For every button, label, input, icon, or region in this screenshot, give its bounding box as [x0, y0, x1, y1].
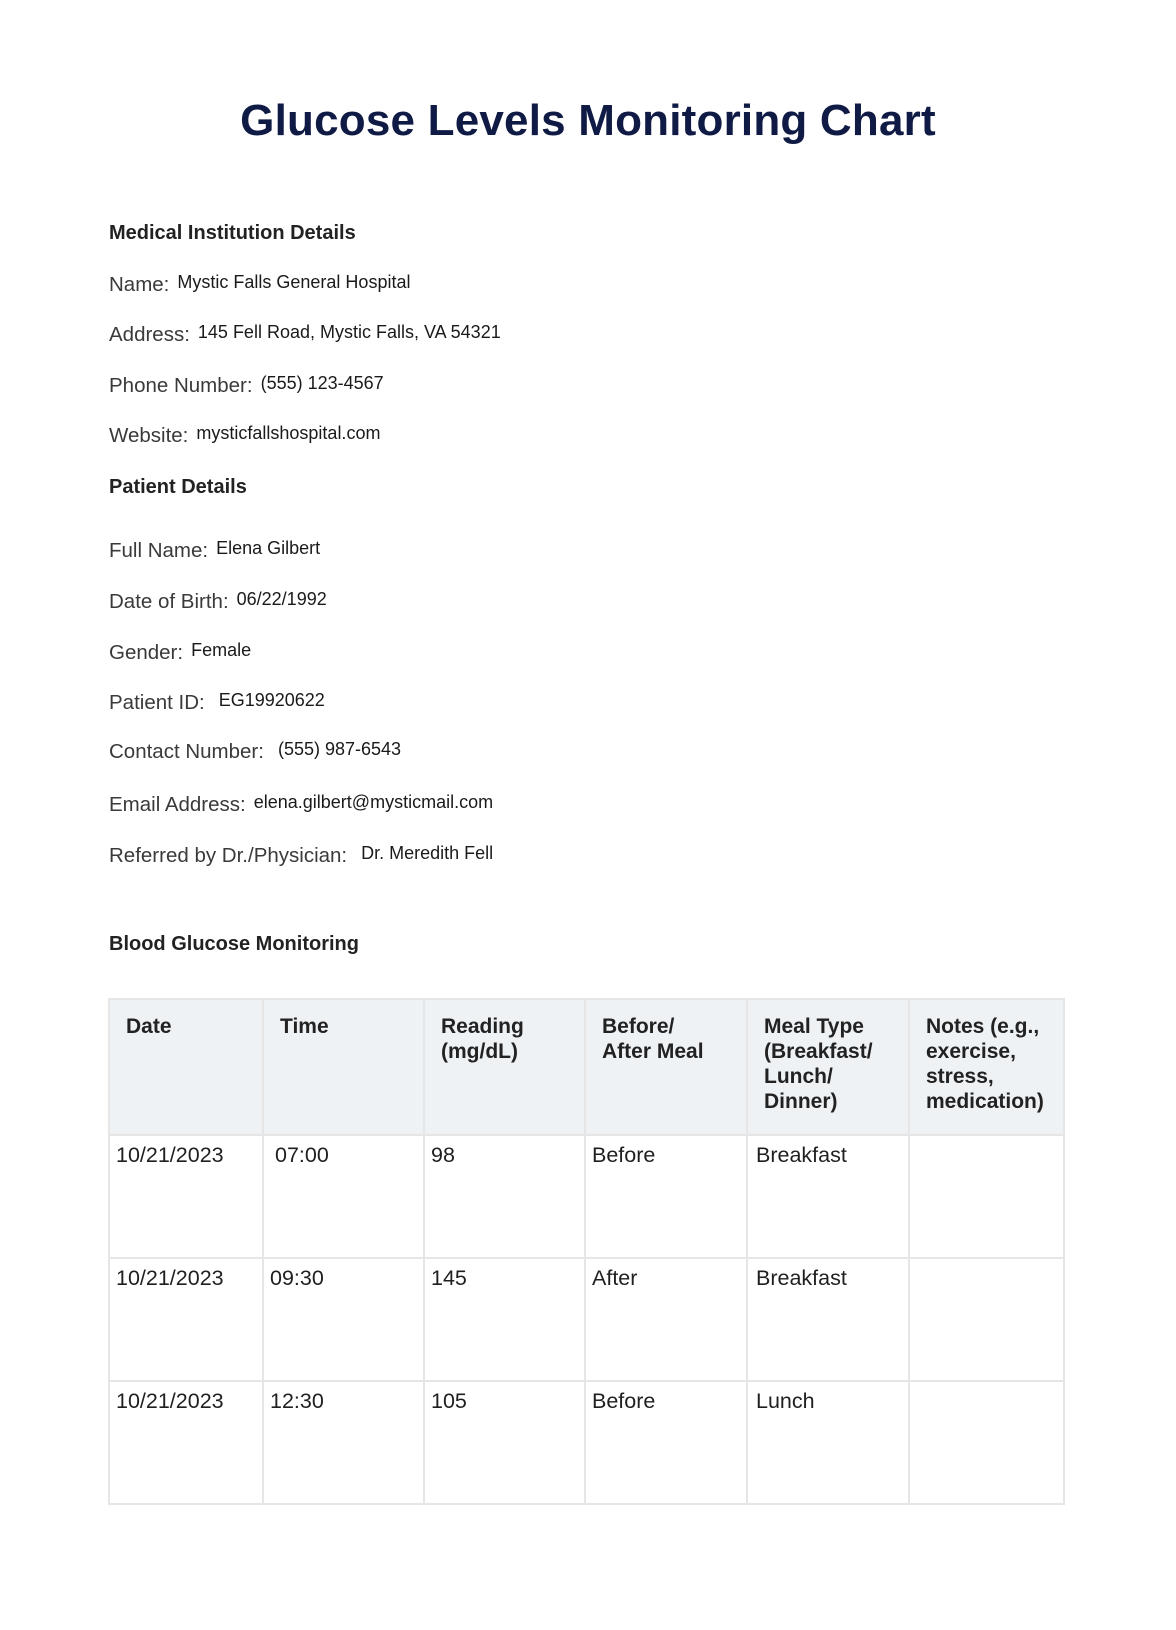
field-label: Patient ID:: [109, 691, 205, 714]
patient-contact-field: Contact Number:(555) 987-6543: [109, 740, 401, 764]
institution-heading: Medical Institution Details: [109, 222, 356, 245]
patient-full-name-field: Full Name:Elena Gilbert: [109, 539, 320, 563]
table-header-row: Date Time Reading(mg/dL) Before/After Me…: [109, 999, 1064, 1135]
date-cell: 10/21/2023: [109, 1135, 263, 1258]
column-header-meal-type: Meal Type(Breakfast/Lunch/Dinner): [747, 999, 909, 1135]
time-cell: 07:00: [263, 1135, 424, 1258]
table-row: 10/21/2023 07:00 98 Before Breakfast: [109, 1135, 1064, 1258]
before-after-cell: After: [585, 1258, 747, 1381]
table-row: 10/21/2023 09:30 145 After Breakfast: [109, 1258, 1064, 1381]
institution-name-value: Mystic Falls General Hospital: [177, 272, 410, 292]
notes-cell: [909, 1135, 1064, 1258]
field-label: Phone Number:: [109, 374, 253, 397]
institution-website-value: mysticfallshospital.com: [196, 423, 380, 443]
institution-website-field: Website:mysticfallshospital.com: [109, 424, 380, 448]
header-line: Date: [126, 1015, 172, 1038]
meal-type-cell: Breakfast: [747, 1258, 909, 1381]
field-label: Gender:: [109, 641, 183, 664]
field-label: Contact Number:: [109, 740, 264, 763]
header-line: Lunch/: [764, 1065, 833, 1088]
notes-cell: [909, 1258, 1064, 1381]
patient-contact-value: (555) 987-6543: [278, 739, 401, 759]
notes-cell: [909, 1381, 1064, 1504]
patient-full-name-value: Elena Gilbert: [216, 538, 320, 558]
patient-gender-value: Female: [191, 640, 251, 660]
before-after-cell: Before: [585, 1135, 747, 1258]
field-label: Full Name:: [109, 539, 208, 562]
header-line: Notes (e.g.,: [926, 1015, 1039, 1038]
meal-type-cell: Lunch: [747, 1381, 909, 1504]
patient-gender-field: Gender:Female: [109, 641, 251, 665]
header-line: Dinner): [764, 1090, 838, 1113]
header-line: Reading: [441, 1015, 524, 1038]
column-header-date: Date: [109, 999, 263, 1135]
meal-type-cell: Breakfast: [747, 1135, 909, 1258]
before-after-cell: Before: [585, 1381, 747, 1504]
institution-phone-field: Phone Number:(555) 123-4567: [109, 374, 384, 398]
time-cell: 09:30: [263, 1258, 424, 1381]
glucose-table: Date Time Reading(mg/dL) Before/After Me…: [108, 998, 1065, 1505]
patient-email-field: Email Address:elena.gilbert@mysticmail.c…: [109, 793, 493, 817]
reading-cell: 145: [424, 1258, 585, 1381]
patient-dob-value: 06/22/1992: [237, 589, 327, 609]
column-header-reading: Reading(mg/dL): [424, 999, 585, 1135]
field-label: Referred by Dr./Physician:: [109, 844, 347, 867]
field-label: Email Address:: [109, 793, 246, 816]
date-cell: 10/21/2023: [109, 1258, 263, 1381]
header-line: medication): [926, 1090, 1044, 1113]
field-label: Name:: [109, 273, 169, 296]
table-row: 10/21/2023 12:30 105 Before Lunch: [109, 1381, 1064, 1504]
reading-cell: 98: [424, 1135, 585, 1258]
patient-referred-by-field: Referred by Dr./Physician:Dr. Meredith F…: [109, 844, 493, 868]
field-label: Address:: [109, 323, 190, 346]
patient-id-value: EG19920622: [219, 690, 325, 710]
institution-phone-value: (555) 123-4567: [261, 373, 384, 393]
header-line: stress,: [926, 1065, 994, 1088]
field-label: Date of Birth:: [109, 590, 229, 613]
institution-address-value: 145 Fell Road, Mystic Falls, VA 54321: [198, 322, 501, 342]
header-line: Time: [280, 1015, 329, 1038]
patient-heading: Patient Details: [109, 476, 247, 499]
time-cell: 12:30: [263, 1381, 424, 1504]
page-title: Glucose Levels Monitoring Chart: [0, 96, 1176, 146]
institution-address-field: Address:145 Fell Road, Mystic Falls, VA …: [109, 323, 501, 347]
patient-dob-field: Date of Birth:06/22/1992: [109, 590, 327, 614]
patient-referred-by-value: Dr. Meredith Fell: [361, 843, 493, 863]
reading-cell: 105: [424, 1381, 585, 1504]
header-line: After Meal: [602, 1040, 704, 1063]
column-header-notes: Notes (e.g.,exercise,stress,medication): [909, 999, 1064, 1135]
monitoring-heading: Blood Glucose Monitoring: [109, 933, 359, 956]
header-line: exercise,: [926, 1040, 1016, 1063]
field-label: Website:: [109, 424, 188, 447]
patient-email-value: elena.gilbert@mysticmail.com: [254, 792, 493, 812]
column-header-before-after: Before/After Meal: [585, 999, 747, 1135]
header-line: (mg/dL): [441, 1040, 518, 1063]
date-cell: 10/21/2023: [109, 1381, 263, 1504]
institution-name-field: Name:Mystic Falls General Hospital: [109, 273, 410, 297]
patient-id-field: Patient ID:EG19920622: [109, 691, 325, 715]
header-line: Meal Type: [764, 1015, 864, 1038]
column-header-time: Time: [263, 999, 424, 1135]
header-line: Before/: [602, 1015, 674, 1038]
header-line: (Breakfast/: [764, 1040, 873, 1063]
